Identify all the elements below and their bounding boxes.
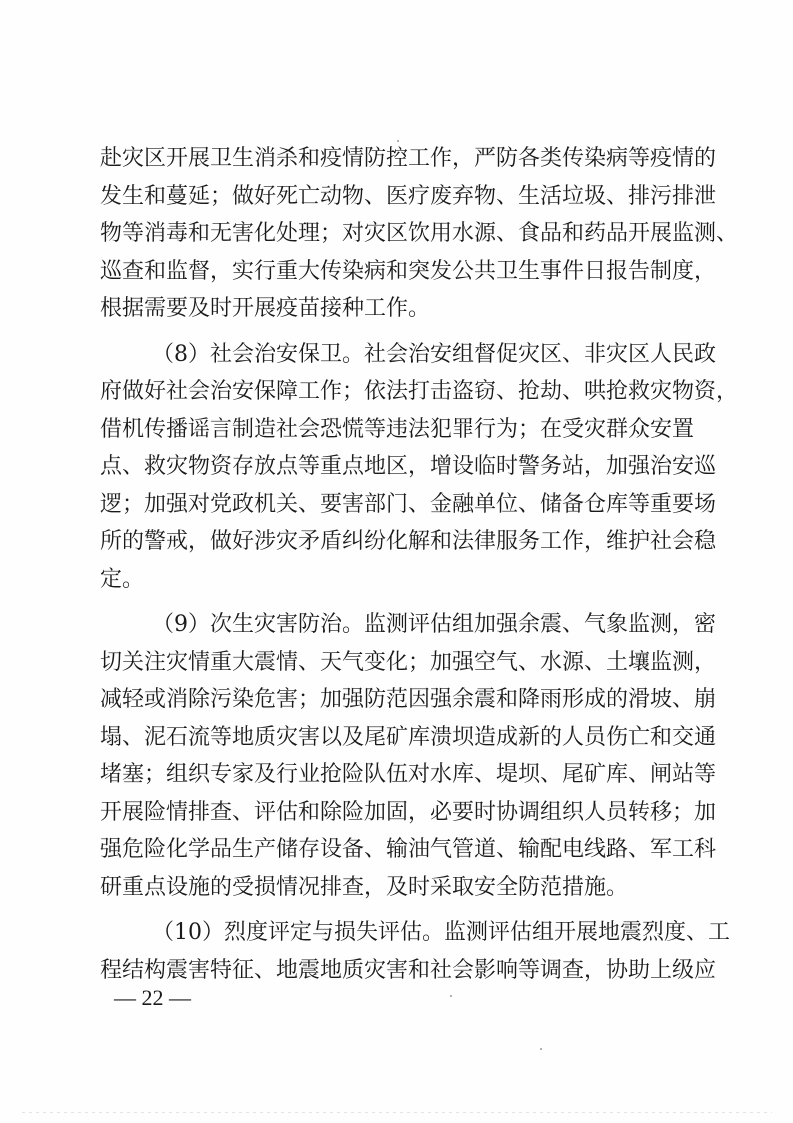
text-line: （9）次生灾害防治。监测评估组加强余震、气象监测，密 bbox=[100, 606, 686, 644]
text-line: 发生和蔓延；做好死亡动物、医疗废弃物、生活垃圾、排污排泄 bbox=[100, 178, 686, 216]
document-page: 赴灾区开展卫生消杀和疫情防控工作，严防各类传染病等疫情的 发生和蔓延；做好死亡动… bbox=[0, 0, 793, 1123]
text-line: 物等消毒和无害化处理；对灾区饮用水源、食品和药品开展监测、 bbox=[100, 215, 686, 253]
text-line: 研重点设施的受损情况排查，及时采取安全防范措施。 bbox=[100, 869, 686, 907]
scan-artifact-line bbox=[22, 1112, 772, 1113]
text-line: 根据需要及时开展疫苗接种工作。 bbox=[100, 290, 686, 328]
scan-speck bbox=[540, 1048, 542, 1050]
paragraph-gap bbox=[100, 598, 686, 606]
scan-speck bbox=[450, 995, 452, 997]
text-line: 强危险化学品生产储存设备、输油气管道、输配电线路、军工科 bbox=[100, 831, 686, 869]
text-line: 借机传播谣言制造社会恐慌等违法犯罪行为；在受灾群众安置 bbox=[100, 411, 686, 449]
text-line: 定。 bbox=[100, 561, 686, 599]
paragraph-intensity-loss-assessment: （10）烈度评定与损失评估。监测评估组开展地震烈度、工 程结构震害特征、地震地质… bbox=[100, 914, 686, 989]
text-line: （8）社会治安保卫。社会治安组督促灾区、非灾区人民政 bbox=[100, 336, 686, 374]
text-line: 逻；加强对党政机关、要害部门、金融单位、储备仓库等重要场 bbox=[100, 486, 686, 524]
text-line: 堵塞；组织专家及行业抢险队伍对水库、堤坝、尾矿库、闸站等 bbox=[100, 756, 686, 794]
body-text: 赴灾区开展卫生消杀和疫情防控工作，严防各类传染病等疫情的 发生和蔓延；做好死亡动… bbox=[100, 140, 686, 989]
text-line: 开展险情排查、评估和除险加固，必要时协调组织人员转移；加 bbox=[100, 794, 686, 832]
text-line: （10）烈度评定与损失评估。监测评估组开展地震烈度、工 bbox=[100, 914, 686, 952]
paragraph-gap bbox=[100, 906, 686, 914]
paragraph-gap bbox=[100, 328, 686, 336]
page-number: — 22 — bbox=[114, 985, 191, 1011]
paragraph-secondary-disaster-prevention: （9）次生灾害防治。监测评估组加强余震、气象监测，密 切关注灾情重大震情、天气变… bbox=[100, 606, 686, 906]
text-line: 程结构震害特征、地震地质灾害和社会影响等调查，协助上级应 bbox=[100, 952, 686, 990]
text-line: 点、救灾物资存放点等重点地区，增设临时警务站，加强治安巡 bbox=[100, 448, 686, 486]
paragraph-epidemic-prevention-continued: 赴灾区开展卫生消杀和疫情防控工作，严防各类传染病等疫情的 发生和蔓延；做好死亡动… bbox=[100, 140, 686, 328]
text-line: 减轻或消除污染危害；加强防范因强余震和降雨形成的滑坡、崩 bbox=[100, 681, 686, 719]
paragraph-public-security: （8）社会治安保卫。社会治安组督促灾区、非灾区人民政 府做好社会治安保障工作；依… bbox=[100, 336, 686, 599]
text-line: 府做好社会治安保障工作；依法打击盗窃、抢劫、哄抢救灾物资， bbox=[100, 373, 686, 411]
text-line: 赴灾区开展卫生消杀和疫情防控工作，严防各类传染病等疫情的 bbox=[100, 140, 686, 178]
text-line: 巡查和监督，实行重大传染病和突发公共卫生事件日报告制度， bbox=[100, 253, 686, 291]
scan-speck bbox=[397, 140, 399, 142]
text-line: 所的警戒，做好涉灾矛盾纠纷化解和法律服务工作，维护社会稳 bbox=[100, 523, 686, 561]
text-line: 切关注灾情重大震情、天气变化；加强空气、水源、土壤监测， bbox=[100, 644, 686, 682]
text-line: 塌、泥石流等地质灾害以及尾矿库溃坝造成新的人员伤亡和交通 bbox=[100, 719, 686, 757]
